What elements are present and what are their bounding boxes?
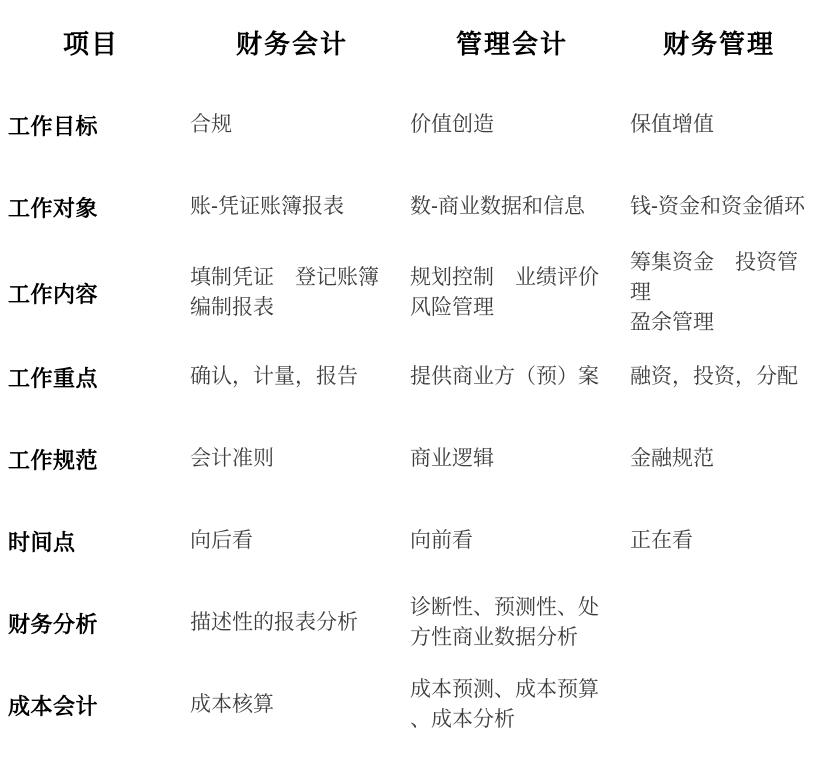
table-cell: 成本核算 <box>182 664 402 746</box>
table-cell: 填制凭证 登记账簿 编制报表 <box>182 248 402 338</box>
table-header-row: 项目 财务会计 管理会计 财务管理 <box>0 0 816 84</box>
table-cell: 诊断性、预测性、处 方性商业数据分析 <box>402 582 622 664</box>
column-header-management-accounting: 管理会计 <box>402 0 622 84</box>
table-cell <box>622 582 816 664</box>
row-label: 工作对象 <box>0 166 182 248</box>
table-row: 工作重点 确认，计量，报告 提供商业方（预）案 融资，投资，分配 <box>0 336 816 418</box>
table-cell: 向后看 <box>182 500 402 582</box>
column-header-financial-accounting: 财务会计 <box>182 0 402 84</box>
row-label: 财务分析 <box>0 582 182 664</box>
row-label: 工作目标 <box>0 84 182 166</box>
column-header-item: 项目 <box>0 0 182 84</box>
table-cell: 会计准则 <box>182 418 402 500</box>
row-label: 成本会计 <box>0 664 182 746</box>
table-row: 工作对象 账-凭证账簿报表 数-商业数据和信息 钱-资金和资金循环 <box>0 166 816 248</box>
table-cell: 规划控制 业绩评价 风险管理 <box>402 248 622 338</box>
table-cell: 确认，计量，报告 <box>182 336 402 418</box>
document-page: 项目 财务会计 管理会计 财务管理 工作目标 合规 价值创造 保值增值 工作对象… <box>0 0 816 764</box>
table-row: 时间点 向后看 向前看 正在看 <box>0 500 816 582</box>
row-label: 工作重点 <box>0 336 182 418</box>
column-header-financial-management: 财务管理 <box>622 0 816 84</box>
table-cell: 金融规范 <box>622 418 816 500</box>
table-cell: 正在看 <box>622 500 816 582</box>
table-cell: 筹集资金 投资管理 盈余管理 <box>622 248 816 338</box>
table-cell: 保值增值 <box>622 84 816 166</box>
table-cell <box>622 664 816 746</box>
table-cell: 合规 <box>182 84 402 166</box>
table-row: 工作规范 会计准则 商业逻辑 金融规范 <box>0 418 816 500</box>
table-cell: 价值创造 <box>402 84 622 166</box>
row-label: 工作内容 <box>0 248 182 338</box>
row-label: 工作规范 <box>0 418 182 500</box>
table-cell: 描述性的报表分析 <box>182 582 402 664</box>
table-row: 工作内容 填制凭证 登记账簿 编制报表 规划控制 业绩评价 风险管理 筹集资金 … <box>0 248 816 336</box>
table-cell: 提供商业方（预）案 <box>402 336 622 418</box>
table-row: 成本会计 成本核算 成本预测、成本预算 、成本分析 <box>0 664 816 746</box>
row-label: 时间点 <box>0 500 182 582</box>
table-cell: 融资，投资，分配 <box>622 336 816 418</box>
comparison-table: 项目 财务会计 管理会计 财务管理 工作目标 合规 价值创造 保值增值 工作对象… <box>0 0 816 746</box>
table-cell: 向前看 <box>402 500 622 582</box>
table-cell: 账-凭证账簿报表 <box>182 166 402 248</box>
table-cell: 商业逻辑 <box>402 418 622 500</box>
table-cell: 成本预测、成本预算 、成本分析 <box>402 664 622 746</box>
table-row: 工作目标 合规 价值创造 保值增值 <box>0 84 816 166</box>
table-row: 财务分析 描述性的报表分析 诊断性、预测性、处 方性商业数据分析 <box>0 582 816 664</box>
table-cell: 钱-资金和资金循环 <box>622 166 816 248</box>
table-cell: 数-商业数据和信息 <box>402 166 622 248</box>
